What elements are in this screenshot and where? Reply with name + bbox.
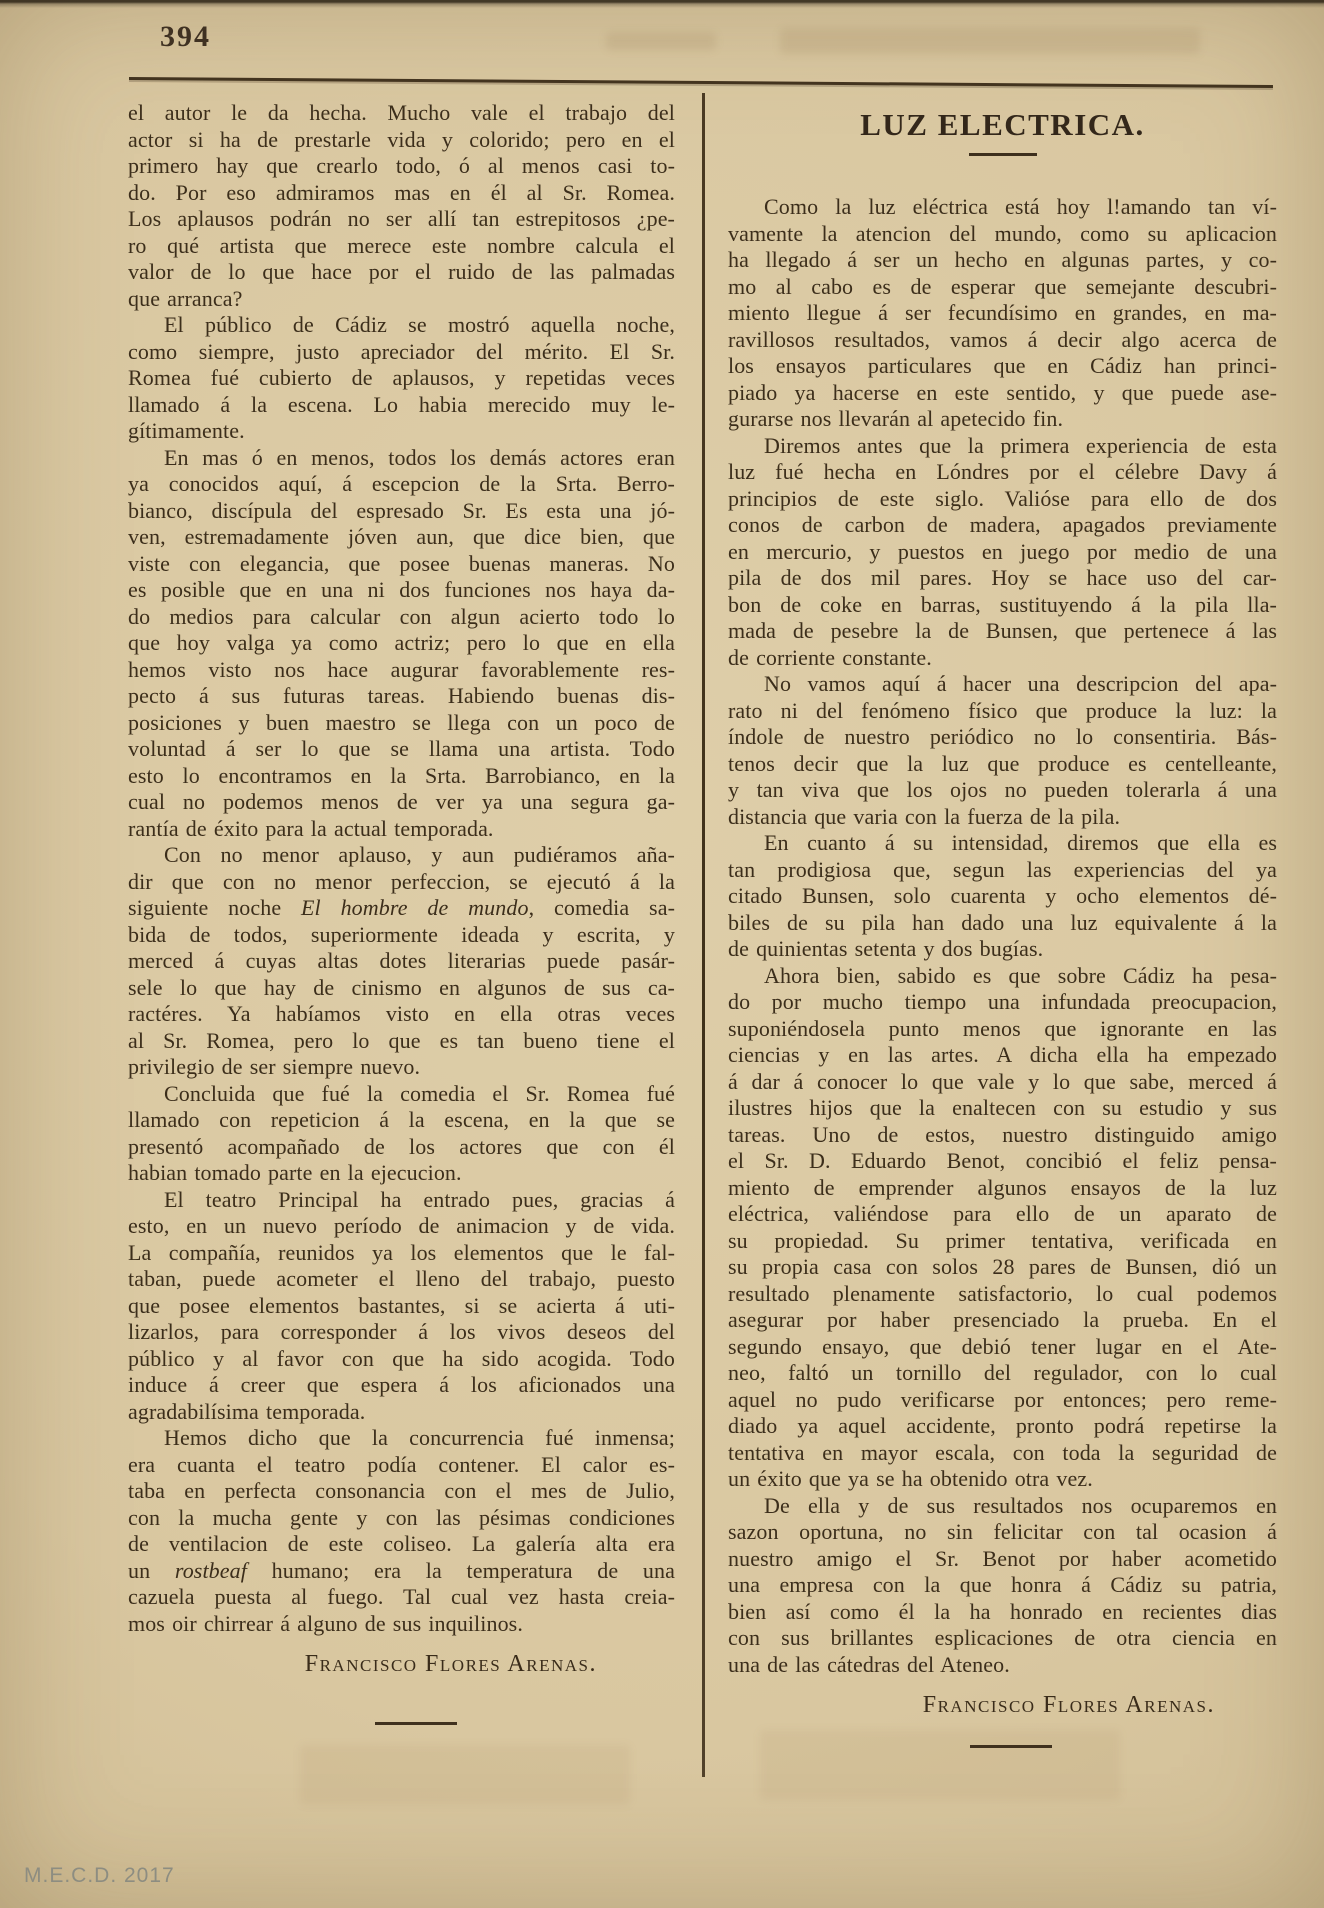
- text-line: que posee elementos bastantes, si se aci…: [128, 1293, 675, 1320]
- text-line: Con no menor aplauso, y aun pudiéramos a…: [128, 842, 675, 869]
- paragraph: Como la luz eléctrica está hoy l!amando …: [728, 194, 1277, 433]
- text-line: una empresa con la que honra á Cádiz su …: [728, 1572, 1277, 1599]
- text-line: en mercurio, y puestos en juego por medi…: [728, 539, 1277, 566]
- text-line: resultado plenamente satisfactorio, lo c…: [728, 1281, 1277, 1308]
- text-line: No vamos aquí á hacer una descripcion de…: [728, 671, 1277, 698]
- text-line: valor de lo que hace por el ruido de las…: [128, 259, 675, 286]
- author-signature: Francisco Flores Arenas.: [128, 1651, 675, 1678]
- text-line: nuestro amigo el Sr. Benot por haber aco…: [728, 1546, 1277, 1573]
- right-column: LUZ ELECTRICA. Como la luz eléctrica est…: [728, 97, 1277, 1748]
- text-line: neo, faltó un tornillo del regulador, co…: [728, 1360, 1277, 1387]
- ink-bleed-through: [606, 32, 716, 50]
- text-line: biles de su pila han dado una luz equiva…: [728, 910, 1277, 937]
- text-line: lizarlos, para corresponder á los vivos …: [128, 1319, 675, 1346]
- text-line: habian tomado parte en la ejecucion.: [128, 1160, 675, 1187]
- text-line: taba en perfecta consonancia con el mes …: [128, 1478, 675, 1505]
- text-line: Como la luz eléctrica está hoy l!amando …: [728, 194, 1277, 221]
- text-line: un éxito que ya se ha obtenido otra vez.: [728, 1466, 1277, 1493]
- text-line: con sus brillantes esplicaciones de otra…: [728, 1625, 1277, 1652]
- text-line: de corriente constante.: [728, 645, 1277, 672]
- text-line: merced á cuyas altas dotes literarias pu…: [128, 948, 675, 975]
- article-title: LUZ ELECTRICA.: [728, 107, 1277, 143]
- text-line: miento de emprender algunos ensayos de l…: [728, 1175, 1277, 1202]
- text-line: con la mucha gente y con las pésimas con…: [128, 1505, 675, 1532]
- text-line: luz fué hecha en Lóndres por el célebre …: [728, 459, 1277, 486]
- paragraph: En cuanto á su intensidad, diremos que e…: [728, 830, 1277, 963]
- text-line: al Sr. Romea, pero lo que es tan bueno t…: [128, 1028, 675, 1055]
- text-line: el Sr. D. Eduardo Benot, concibió el fel…: [728, 1148, 1277, 1175]
- scan-edge-shadow: [0, 0, 1324, 8]
- text-line: ya conocidos aquí, á escepcion de la Srt…: [128, 471, 675, 498]
- text-line: Diremos antes que la primera experiencia…: [728, 433, 1277, 460]
- section-end-rule: [375, 1722, 457, 1725]
- text-line: ravillosos resultados, vamos á decir alg…: [728, 327, 1277, 354]
- text-line: su propiedad. Su primer tentativa, verif…: [728, 1228, 1277, 1255]
- text-line: miento llegue á ser fecundísimo en grand…: [728, 300, 1277, 327]
- text-line: principios de este siglo. Valióse para e…: [728, 486, 1277, 513]
- text-line: y tan viva que los ojos no pueden tolera…: [728, 777, 1277, 804]
- italic-text: rostbeaf: [175, 1558, 247, 1583]
- text-line: los ensayos particulares que en Cádiz ha…: [728, 353, 1277, 380]
- text-line: era cuanta el teatro podía contener. El …: [128, 1452, 675, 1479]
- text-line: agradabilísima temporada.: [128, 1399, 675, 1426]
- text-line: público y al favor con que ha sido acogi…: [128, 1346, 675, 1373]
- paragraph: Ahora bien, sabido es que sobre Cádiz ha…: [728, 963, 1277, 1493]
- paragraph: En mas ó en menos, todos los demás actor…: [128, 445, 675, 843]
- text-line: ro qué artista que merece este nombre ca…: [128, 233, 675, 260]
- text-line: viste con elegancia, que posee buenas ma…: [128, 551, 675, 578]
- column-divider: [702, 93, 705, 1777]
- text-line: induce á creer que espera á los aficiona…: [128, 1372, 675, 1399]
- text-line: llamado á la escena. Lo habia merecido m…: [128, 392, 675, 419]
- text-line: llamado con repeticion á la escena, en l…: [128, 1107, 675, 1134]
- text-line: privilegio de ser siempre nuevo.: [128, 1054, 675, 1081]
- text-line: rantía de éxito para la actual temporada…: [128, 816, 675, 843]
- text-line: La compañía, reunidos ya los elementos q…: [128, 1240, 675, 1267]
- text-line: tareas. Uno de estos, nuestro distinguid…: [728, 1122, 1277, 1149]
- paragraph: Concluida que fué la comedia el Sr. Rome…: [128, 1081, 675, 1187]
- text-line: cual no podemos menos de ver ya una segu…: [128, 789, 675, 816]
- text-line: de ventilacion de este coliseo. La galer…: [128, 1531, 675, 1558]
- text-line: asegurar por haber presenciado la prueba…: [728, 1307, 1277, 1334]
- text-line: do medios para calcular con algun aciert…: [128, 604, 675, 631]
- text-line: taban, puede acometer el lleno del traba…: [128, 1266, 675, 1293]
- text-line: Romea fué cubierto de aplausos, y repeti…: [128, 365, 675, 392]
- section-end-rule: [970, 1745, 1052, 1748]
- author-signature: Francisco Flores Arenas.: [728, 1692, 1277, 1719]
- text-line: gítimamente.: [128, 418, 675, 445]
- text-line: do por mucho tiempo una infundada preocu…: [728, 989, 1277, 1016]
- text-line: tentativa en mayor escala, con toda la s…: [728, 1440, 1277, 1467]
- paragraph: El teatro Principal ha entrado pues, gra…: [128, 1187, 675, 1426]
- text-line: ha llegado á ser un hecho en algunas par…: [728, 247, 1277, 274]
- text-line: bianco, discípula del espresado Sr. Es e…: [128, 498, 675, 525]
- text-line: bien así como él la ha honrado en recien…: [728, 1599, 1277, 1626]
- text-line: do. Por eso admiramos mas en él al Sr. R…: [128, 180, 675, 207]
- text-line: bon de coke en barras, sustituyendo á la…: [728, 592, 1277, 619]
- text-line: á dar á conocer lo que vale y lo que sab…: [728, 1069, 1277, 1096]
- right-article-text: Como la luz eléctrica está hoy l!amando …: [728, 194, 1277, 1678]
- text-line: piado ya hacerse en este sentido, y que …: [728, 380, 1277, 407]
- text-line: actor si ha de prestarle vida y colorido…: [128, 127, 675, 154]
- paragraph: No vamos aquí á hacer una descripcion de…: [728, 671, 1277, 830]
- text-line: que arranca?: [128, 286, 675, 313]
- archive-watermark: M.E.C.D. 2017: [24, 1864, 175, 1888]
- text-line: cazuela puesta al fuego. Tal cual vez ha…: [128, 1584, 675, 1611]
- text-line: De ella y de sus resultados nos ocuparem…: [728, 1493, 1277, 1520]
- text-line: Hemos dicho que la concurrencia fué inme…: [128, 1425, 675, 1452]
- text-line: Los aplausos podrán no ser allí tan estr…: [128, 206, 675, 233]
- text-line: un rostbeaf humano; era la temperatura d…: [128, 1558, 675, 1585]
- text-line: bida de todos, superiormente ideada y es…: [128, 922, 675, 949]
- text-line: Concluida que fué la comedia el Sr. Rome…: [128, 1081, 675, 1108]
- text-line: sele lo que hay de cinismo en algunos de…: [128, 975, 675, 1002]
- text-line: vamente la atencion del mundo, como su a…: [728, 221, 1277, 248]
- text-line: El público de Cádiz se mostró aquella no…: [128, 312, 675, 339]
- text-line: aquel no pudo verificarse por entonces; …: [728, 1387, 1277, 1414]
- text-line: esto lo encontramos en la Srta. Barrobia…: [128, 763, 675, 790]
- text-line: mada de pesebre la de Bunsen, que perten…: [728, 618, 1277, 645]
- text-line: ilustres hijos que la enaltecen con su e…: [728, 1095, 1277, 1122]
- text-line: El teatro Principal ha entrado pues, gra…: [128, 1187, 675, 1214]
- text-line: mo al cabo es de esperar que semejante d…: [728, 274, 1277, 301]
- ink-bleed-through: [780, 28, 1200, 54]
- text-line: posiciones y buen maestro se llega con u…: [128, 710, 675, 737]
- text-line: una de las cátedras del Ateneo.: [728, 1652, 1277, 1679]
- text-line: citado Bunsen, solo cuarenta y ocho elem…: [728, 883, 1277, 910]
- left-column: el autor le da hecha. Mucho vale el trab…: [128, 100, 675, 1725]
- text-line: hemos visto nos hace augurar favorableme…: [128, 657, 675, 684]
- text-line: ven, estremadamente jóven aun, que dice …: [128, 524, 675, 551]
- title-rule: [969, 153, 1037, 156]
- text-line: esto, en un nuevo período de animacion y…: [128, 1213, 675, 1240]
- paragraph: el autor le da hecha. Mucho vale el trab…: [128, 100, 675, 312]
- text-line: siguiente noche El hombre de mundo, come…: [128, 895, 675, 922]
- text-line: ractéres. Ya habíamos visto en ella otra…: [128, 1001, 675, 1028]
- text-line: gurarse nos llevarán al apetecido fin.: [728, 406, 1277, 433]
- text-line: presentó acompañado de los actores que c…: [128, 1134, 675, 1161]
- text-line: suponiéndosela punto menos que ignorante…: [728, 1016, 1277, 1043]
- paragraph: Diremos antes que la primera experiencia…: [728, 433, 1277, 672]
- text-line: como siempre, justo apreciador del mérit…: [128, 339, 675, 366]
- text-line: dir que con no menor perfeccion, se ejec…: [128, 869, 675, 896]
- text-line: el autor le da hecha. Mucho vale el trab…: [128, 100, 675, 127]
- text-line: tan prodigiosa que, segun las experienci…: [728, 857, 1277, 884]
- text-line: conos de carbon de madera, apagados prev…: [728, 512, 1277, 539]
- text-line: mos oir chirrear á alguno de sus inquili…: [128, 1611, 675, 1638]
- text-line: que hoy valga ya como actriz; pero lo qu…: [128, 630, 675, 657]
- text-line: primero hay que crearlo todo, ó al menos…: [128, 153, 675, 180]
- text-line: segundo ensayo, que debió tener lugar en…: [728, 1334, 1277, 1361]
- text-line: de quinientas setenta y dos bugías.: [728, 936, 1277, 963]
- text-line: sazon oportuna, no sin felicitar con tal…: [728, 1519, 1277, 1546]
- text-line: En cuanto á su intensidad, diremos que e…: [728, 830, 1277, 857]
- header-rule: [129, 77, 1273, 88]
- text-line: es posible que en una ni dos funciones n…: [128, 577, 675, 604]
- text-line: ciencias y en las artes. A dicha ella ha…: [728, 1042, 1277, 1069]
- text-line: tenos decir que la luz que produce es ce…: [728, 751, 1277, 778]
- paragraph: Con no menor aplauso, y aun pudiéramos a…: [128, 842, 675, 1081]
- text-line: distancia que varia con la fuerza de la …: [728, 804, 1277, 831]
- paragraph: De ella y de sus resultados nos ocuparem…: [728, 1493, 1277, 1679]
- paragraph: El público de Cádiz se mostró aquella no…: [128, 312, 675, 445]
- text-line: su propia casa con solos 28 pares de Bun…: [728, 1254, 1277, 1281]
- text-line: Ahora bien, sabido es que sobre Cádiz ha…: [728, 963, 1277, 990]
- text-line: diado ya aquel accidente, pronto podrá r…: [728, 1413, 1277, 1440]
- scanned-page: 394 el autor le da hecha. Mucho vale el …: [0, 0, 1324, 1908]
- page-number: 394: [160, 20, 211, 54]
- italic-text: El hombre de mundo: [301, 895, 529, 920]
- left-article-text: el autor le da hecha. Mucho vale el trab…: [128, 100, 675, 1637]
- text-line: eléctrica, valiéndose para ello de un ap…: [728, 1201, 1277, 1228]
- text-line: índole de nuestro periódico no lo consen…: [728, 724, 1277, 751]
- text-line: rato ni del fenómeno físico que produce …: [728, 698, 1277, 725]
- text-line: pecto á sus futuras tareas. Habiendo bue…: [128, 683, 675, 710]
- text-line: pila de dos mil pares. Hoy se hace uso d…: [728, 565, 1277, 592]
- text-line: En mas ó en menos, todos los demás actor…: [128, 445, 675, 472]
- text-line: voluntad á ser lo que se llama una artis…: [128, 736, 675, 763]
- ink-bleed-through: [300, 1745, 630, 1805]
- paragraph: Hemos dicho que la concurrencia fué inme…: [128, 1425, 675, 1637]
